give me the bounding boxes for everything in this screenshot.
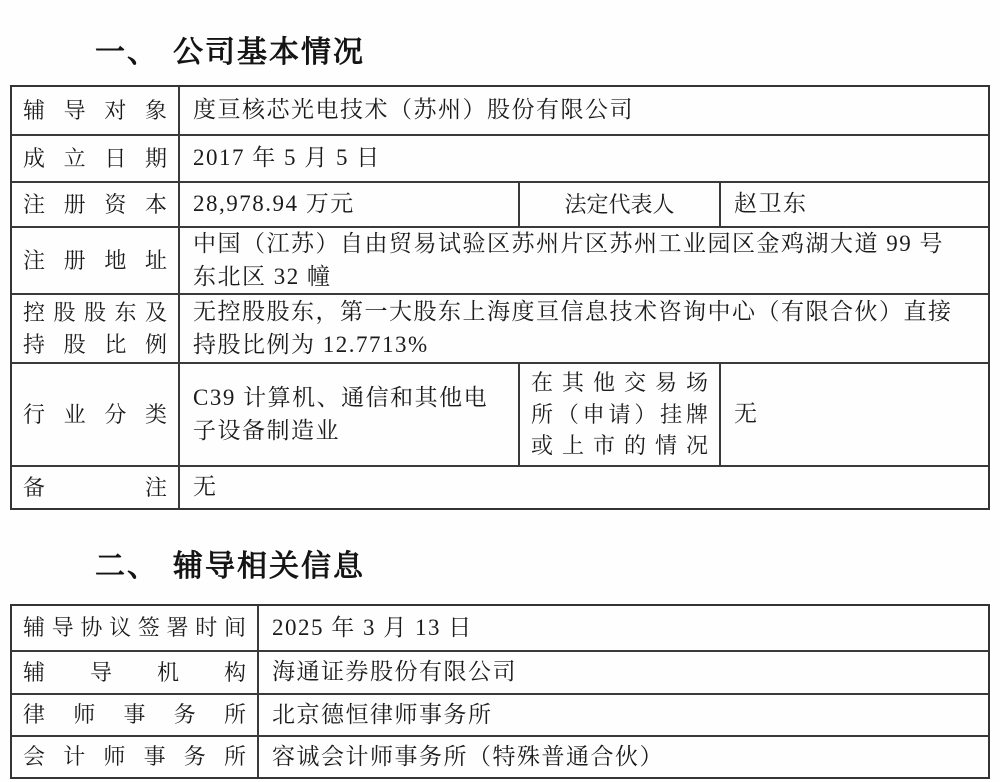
- row-label: 会计师事务所: [23, 741, 246, 773]
- row-label-cell: 注册资本: [12, 183, 178, 226]
- row-value-cell: 海通证券股份有限公司: [257, 652, 988, 693]
- row-label: 成立日期: [23, 143, 167, 175]
- row-value: 中国（江苏）自由贸易试验区苏州片区苏州工业园区金鸡湖大道 99 号 东北区 32…: [193, 228, 975, 293]
- row-label: 注册资本: [23, 189, 167, 221]
- table-row-registered-capital: 注册资本 28,978.94 万元 法定代表人 赵卫东: [12, 181, 988, 226]
- row-label: 辅导对象: [23, 95, 167, 127]
- row-value-cell: 2017 年 5 月 5 日: [178, 136, 988, 181]
- table-row-accounting-firm: 会计师事务所 容诚会计师事务所（特殊普通合伙）: [12, 735, 988, 777]
- table-row-establish-date: 成立日期 2017 年 5 月 5 日: [12, 134, 988, 181]
- row-label2-cell: 法定代表人: [518, 183, 719, 226]
- table-row-controlling-shareholder: 控股股东及 持股比例 无控股股东，第一大股东上海度亘信息技术咨询中心（有限合伙）…: [12, 293, 988, 362]
- row-value: 度亘核芯光电技术（苏州）股份有限公司: [193, 94, 975, 127]
- row-value: 2017 年 5 月 5 日: [193, 142, 975, 175]
- row-value-cell: C39 计算机、通信和其他电 子设备制造业: [178, 364, 518, 465]
- row-value-cell: 2025 年 3 月 13 日: [257, 606, 988, 650]
- row-label-cell: 会计师事务所: [12, 737, 257, 777]
- section1-title: 一、公司基本情况: [95, 27, 365, 71]
- section2-title-text: 辅导相关信息: [173, 550, 365, 583]
- row-value: 2025 年 3 月 13 日: [272, 612, 975, 645]
- row-label: 行业分类: [23, 399, 167, 431]
- row-label-cell: 辅导机构: [12, 652, 257, 693]
- row-value: 无: [193, 471, 975, 504]
- guidance-info-table: 辅导协议签署时间 2025 年 3 月 13 日 辅导机构 海通证券股份有限公司…: [10, 604, 990, 779]
- legal-representative-label: 法定代表人: [531, 189, 708, 221]
- row-label-cell: 行业分类: [12, 364, 178, 465]
- other-listing-label: 在其他交易场 所（申请）挂牌 或上市的情况: [531, 367, 708, 463]
- row-label: 辅导协议签署时间: [23, 612, 246, 644]
- company-info-table: 辅导对象 度亘核芯光电技术（苏州）股份有限公司 成立日期 2017 年 5 月 …: [10, 85, 990, 510]
- other-listing-value: 无: [734, 398, 975, 431]
- table-row-law-firm: 律师事务所 北京德恒律师事务所: [12, 693, 988, 735]
- table-row-remarks: 备注 无: [12, 465, 988, 508]
- row-value-cell: 无控股股东，第一大股东上海度亘信息技术咨询中心（有限合伙）直接 持股比例为 12…: [178, 295, 988, 362]
- other-listing-value-cell: 无: [719, 364, 988, 465]
- row-value-cell: 容诚会计师事务所（特殊普通合伙）: [257, 737, 988, 777]
- row-value-cell: 无: [178, 467, 988, 508]
- row-label-cell: 辅导协议签署时间: [12, 606, 257, 650]
- row-value: 海通证券股份有限公司: [272, 656, 975, 689]
- table-row-guidance-institution: 辅导机构 海通证券股份有限公司: [12, 650, 988, 693]
- row-value: 容诚会计师事务所（特殊普通合伙）: [272, 741, 975, 774]
- row-label-cell: 律师事务所: [12, 695, 257, 735]
- other-listing-label-cell: 在其他交易场 所（申请）挂牌 或上市的情况: [518, 364, 719, 465]
- row-value: 28,978.94 万元: [193, 188, 505, 221]
- table-row-registered-address: 注册地址 中国（江苏）自由贸易试验区苏州片区苏州工业园区金鸡湖大道 99 号 东…: [12, 226, 988, 293]
- row-value: C39 计算机、通信和其他电 子设备制造业: [193, 382, 505, 447]
- row-label-cell: 备注: [12, 467, 178, 508]
- row-label-cell: 注册地址: [12, 228, 178, 293]
- row-label: 律师事务所: [23, 699, 246, 731]
- row-value-cell: 度亘核芯光电技术（苏州）股份有限公司: [178, 87, 988, 134]
- row-value: 北京德恒律师事务所: [272, 699, 975, 732]
- row-value: 无控股股东，第一大股东上海度亘信息技术咨询中心（有限合伙）直接 持股比例为 12…: [193, 296, 975, 361]
- row-label: 注册地址: [23, 245, 167, 277]
- section1-number: 一、: [95, 36, 159, 69]
- row-label-cell: 辅导对象: [12, 87, 178, 134]
- row-label-cell: 成立日期: [12, 136, 178, 181]
- row-value-cell: 28,978.94 万元: [178, 183, 518, 226]
- section2-title: 二、辅导相关信息: [95, 541, 365, 585]
- document-page: 一、公司基本情况 辅导对象 度亘核芯光电技术（苏州）股份有限公司 成立日期 20…: [0, 0, 1000, 782]
- row-label: 备注: [23, 472, 167, 504]
- legal-representative-value: 赵卫东: [734, 188, 975, 221]
- table-row-guidance-target: 辅导对象 度亘核芯光电技术（苏州）股份有限公司: [12, 87, 988, 134]
- row-label: 辅导机构: [23, 657, 246, 689]
- section1-title-text: 公司基本情况: [173, 36, 365, 69]
- section2-number: 二、: [95, 550, 159, 583]
- row-value-cell: 中国（江苏）自由贸易试验区苏州片区苏州工业园区金鸡湖大道 99 号 东北区 32…: [178, 228, 988, 293]
- row-label: 控股股东及 持股比例: [23, 297, 167, 361]
- row-value2-cell: 赵卫东: [719, 183, 988, 226]
- row-value-cell: 北京德恒律师事务所: [257, 695, 988, 735]
- row-label-cell: 控股股东及 持股比例: [12, 295, 178, 362]
- table-row-agreement-date: 辅导协议签署时间 2025 年 3 月 13 日: [12, 606, 988, 650]
- table-row-industry-classification: 行业分类 C39 计算机、通信和其他电 子设备制造业 在其他交易场 所（申请）挂…: [12, 362, 988, 465]
